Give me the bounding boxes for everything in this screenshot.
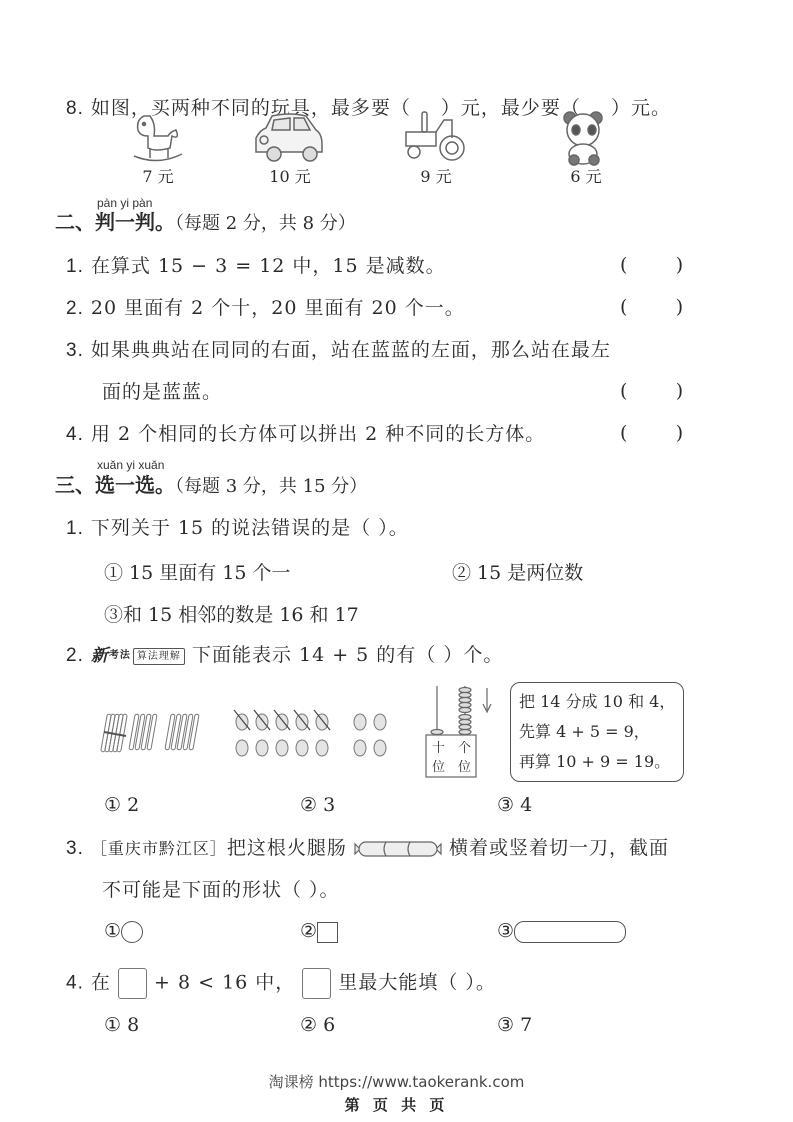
option-1[interactable]: ① 2: [104, 794, 139, 816]
option-2[interactable]: ② 6: [300, 1014, 335, 1036]
answer-paren-1[interactable]: ( ): [620, 254, 683, 276]
question-text-b: + 8 < 16 中，: [154, 972, 295, 994]
item-number: 2.: [66, 298, 84, 319]
footer-site: 淘课榜 https://www.taokerank.com: [0, 1071, 793, 1092]
choice-question-4: 4. 在 + 8 < 16 中， 里最大能填（ ）。: [66, 968, 496, 999]
question-number: 1.: [66, 518, 84, 539]
option-label: ②: [300, 920, 317, 942]
choice-question-2: 2. 新考法算法理解 下面能表示 14 + 5 的有（ ）个。: [66, 643, 503, 668]
section3-pinyin: xuǎn yi xuǎn: [97, 458, 164, 472]
tractor-icon: [402, 108, 468, 164]
toy-price-tractor: 9 元: [396, 164, 476, 187]
abacus-tens-label2: 位: [432, 760, 445, 775]
answer-paren-2[interactable]: ( ): [620, 296, 683, 318]
abacus-ones-label: 个: [458, 741, 471, 756]
calc-line-2: 先算 4 + 5 = 9，: [519, 717, 675, 747]
new-badge: 新: [91, 646, 109, 666]
abacus-ones-label2: 位: [458, 760, 471, 775]
counting-sticks-icon: [100, 710, 210, 760]
question-text-c: 里最大能填（ ）。: [338, 972, 496, 994]
toy-price-horse: 7 元: [118, 164, 198, 187]
option-1[interactable]: ① 15 里面有 15 个一: [104, 558, 291, 585]
option-2[interactable]: ②: [300, 920, 338, 943]
region-tag: ［重庆市黔江区］: [91, 839, 227, 858]
item-number: 1.: [66, 256, 84, 277]
judge-item-4: 4. 用 2 个相同的长方体可以拼出 2 种不同的长方体。: [66, 422, 545, 447]
section3-prefix: 三、: [55, 473, 95, 497]
option-2[interactable]: ② 15 是两位数: [452, 558, 583, 585]
abacus-icon: 十 位 个 位: [424, 684, 496, 780]
car-icon: [250, 110, 324, 164]
rounded-rectangle-shape-icon: [514, 921, 626, 943]
option-3[interactable]: ③ 7: [497, 1014, 532, 1036]
calculation-box: 把 14 分成 10 和 4， 先算 4 + 5 = 9， 再算 10 + 9 …: [510, 682, 684, 782]
section2-score: （每题 2 分，共 8 分）: [175, 213, 356, 234]
abacus-tens-label: 十: [432, 740, 445, 756]
section3-title: 选一选。: [95, 473, 175, 497]
section2-heading: 二、判一判。（每题 2 分，共 8 分）: [55, 209, 356, 237]
question-number: 2.: [66, 645, 84, 666]
question-text: 下列关于 15 的说法错误的是（ ）。: [91, 517, 409, 539]
section2-pinyin: pàn yi pàn: [97, 196, 152, 210]
question-3-cont: 不可能是下面的形状（ ）。: [102, 878, 340, 902]
option-3[interactable]: ③: [497, 920, 626, 943]
answer-paren-3[interactable]: ( ): [620, 380, 683, 402]
answer-box-1[interactable]: [118, 968, 147, 999]
item-text: 20 里面有 2 个十，20 里面有 20 个一。: [91, 297, 465, 319]
question-text: 下面能表示 14 + 5 的有（ ）个。: [192, 644, 503, 666]
question-text-a: 在: [91, 972, 111, 994]
item-text: 如果典典站在同同的右面，站在蓝蓝的左面，那么站在最左: [91, 339, 611, 361]
option-3[interactable]: ③ 4: [497, 794, 532, 816]
circle-shape-icon: [121, 921, 143, 943]
answer-paren-4[interactable]: ( ): [620, 422, 683, 444]
section2-prefix: 二、: [55, 210, 95, 234]
question-text-b: 横着或竖着切一刀，截面: [449, 837, 669, 859]
section3-heading: 三、选一选。（每题 3 分，共 15 分）: [55, 472, 367, 500]
option-label: ①: [104, 920, 121, 942]
judge-item-1: 1. 在算式 15 − 3 = 12 中，15 是减数。: [66, 254, 446, 279]
option-label: ③: [497, 920, 514, 942]
panda-icon: [562, 110, 606, 166]
item-text: 在算式 15 − 3 = 12 中，15 是减数。: [91, 255, 446, 277]
option-1[interactable]: ① 8: [104, 1014, 139, 1036]
answer-box-2[interactable]: [302, 968, 331, 999]
question-number: 3.: [66, 838, 84, 859]
sausage-icon: [354, 840, 442, 858]
option-1[interactable]: ①: [104, 920, 143, 943]
question-text-c: ）元。: [611, 97, 671, 119]
footer-page: 第 页 共 页: [0, 1094, 793, 1115]
calc-line-3: 再算 10 + 9 = 19。: [519, 747, 675, 777]
item-text: 用 2 个相同的长方体可以拼出 2 种不同的长方体。: [91, 423, 545, 445]
judge-item-2: 2. 20 里面有 2 个十，20 里面有 20 个一。: [66, 296, 465, 321]
rocking-horse-icon: [130, 110, 186, 166]
section2-title: 判一判。: [95, 210, 175, 234]
kaofa-label: 考法: [109, 650, 131, 661]
toy-price-panda: 6 元: [546, 164, 626, 187]
choice-question-1: 1. 下列关于 15 的说法错误的是（ ）。: [66, 516, 409, 541]
option-3[interactable]: ③和 15 相邻的数是 16 和 17: [104, 600, 359, 627]
question-number: 4.: [66, 973, 84, 994]
option-2[interactable]: ② 3: [300, 794, 335, 816]
tag-badge: 算法理解: [133, 648, 185, 665]
judge-item-3-cont: 面的是蓝蓝。: [102, 380, 222, 404]
section3-score: （每题 3 分，共 15 分）: [175, 476, 367, 497]
toy-price-car: 10 元: [250, 164, 330, 187]
question-text-a: 把这根火腿肠: [227, 837, 347, 859]
question-number: 8.: [66, 98, 84, 119]
calc-line-1: 把 14 分成 10 和 4，: [519, 687, 675, 717]
item-number: 3.: [66, 340, 84, 361]
square-shape-icon: [317, 922, 338, 943]
choice-question-3: 3. ［重庆市黔江区］把这根火腿肠 横着或竖着切一刀，截面: [66, 836, 669, 861]
item-number: 4.: [66, 424, 84, 445]
judge-item-3: 3. 如果典典站在同同的右面，站在蓝蓝的左面，那么站在最左: [66, 338, 611, 363]
pineapples-icon: [232, 706, 402, 762]
